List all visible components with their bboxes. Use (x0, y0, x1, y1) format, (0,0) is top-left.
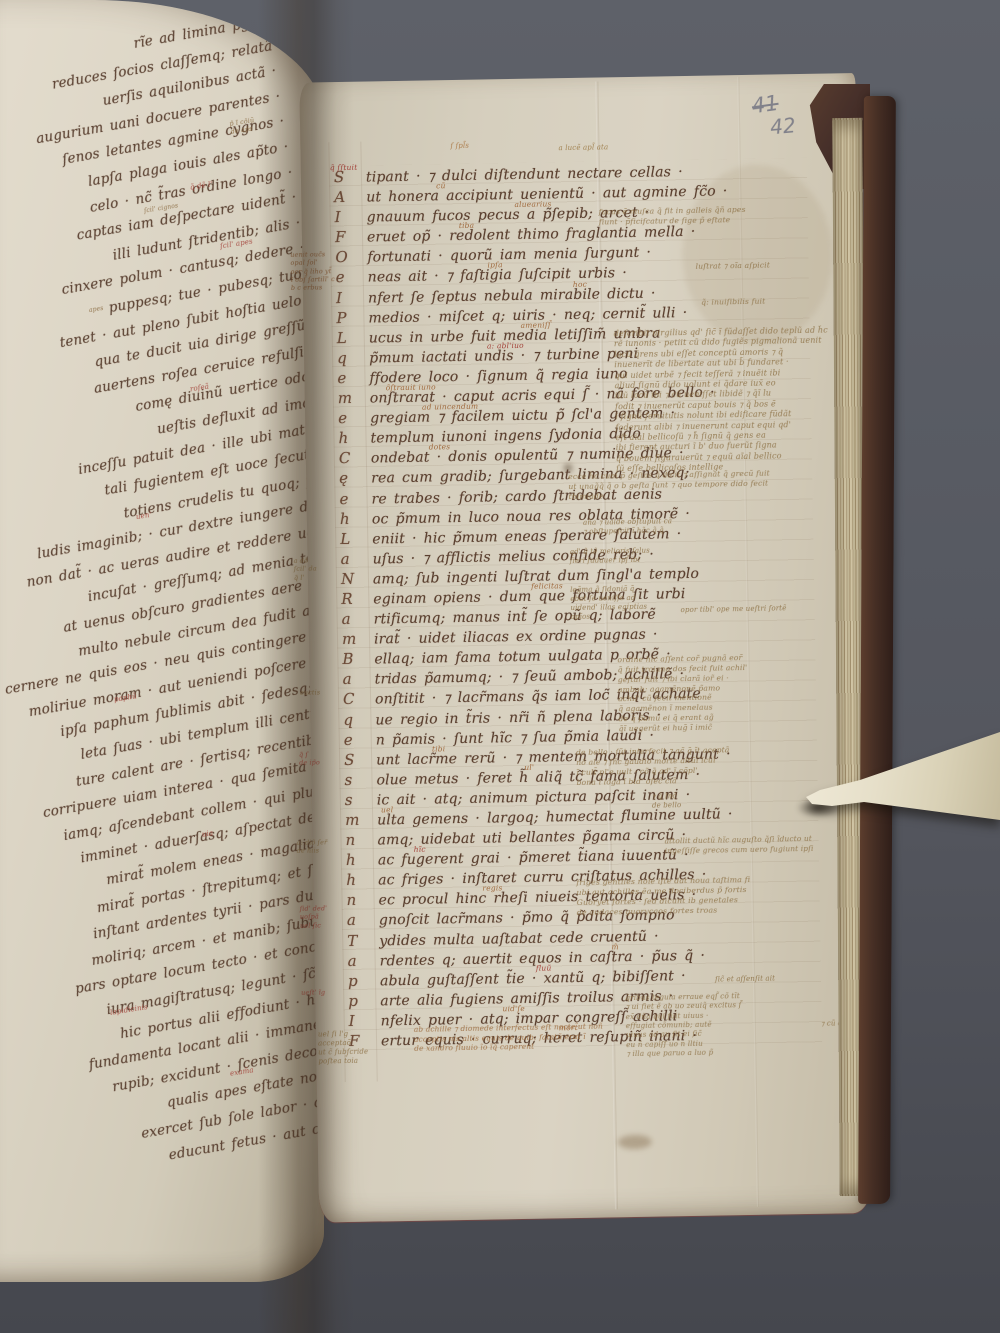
ink-stain (618, 1135, 652, 1150)
folio-number: 42 (769, 113, 796, 139)
verse-initial: n (346, 891, 371, 909)
margin-gloss: q̃: inuiſibilis fuit (701, 297, 765, 308)
verse-initial: s (345, 790, 370, 808)
margin-gloss: ab achille ⁊ diomede interfectus eſt noc… (414, 1022, 603, 1054)
verse-initial: q (343, 710, 368, 728)
verse-initial: h (340, 509, 365, 527)
verse-initial: h (338, 429, 363, 447)
verse-initial: L (337, 328, 362, 346)
margin-gloss: ſid' ded' uoſpã uel ſic (300, 904, 328, 929)
verse-initial: I (335, 208, 360, 226)
left-page-verso: rĩe ad limina p̃ge ·reduces ſocios claſſ… (0, 0, 324, 1282)
right-page-recto: 41 42 S tipant · ⁊ dulci diſtendunt nect… (299, 73, 875, 1223)
verse-initial: A (334, 188, 359, 206)
verse-initial: m (338, 389, 363, 407)
interlinear-gloss: uid'ſe (502, 1004, 525, 1013)
margin-gloss: de bello · ſũt interfecit ⁊ ac̃ q̃ ĩt ac… (576, 745, 730, 787)
verse-initial: R (341, 590, 366, 608)
verse-initial: h (346, 871, 371, 889)
verse-initial: e (344, 730, 369, 748)
verse-initial: a (342, 610, 367, 628)
margin-gloss: attollit ductũ hĩc auguſto q̃ſi ĩducto u… (665, 834, 814, 856)
margin-gloss: friges gentiles noĩe iſte dat noua taſti… (576, 875, 751, 919)
verse-initial: I (336, 288, 361, 306)
verse-text: fortunati · quorũ iam menia ſurgunt · (367, 245, 651, 266)
interlinear-gloss: hoc (573, 279, 587, 288)
margin-gloss: uenit ouc̃s opal ſol' ocr q̃ liho yt̃ ĩ … (290, 250, 335, 292)
margin-gloss: deſcribit uirgilius qd' ſic̃ ĩ fũdaſſet … (614, 326, 831, 475)
verse-initial: B (342, 650, 367, 668)
leather-cover-edge (858, 96, 896, 1204)
verse-initial: N (341, 569, 366, 587)
margin-gloss: opor tibl' ope me ueſtri ſortẽ (681, 604, 787, 615)
margin-gloss: qd' q̃ tẽ melioris ſalus fieri ſudauer̃ … (569, 547, 650, 567)
margin-gloss: leg̃ma q̃ ſidoniã q̃ ebat ſe ueniſſe ad … (570, 585, 647, 623)
verse-initial: e (336, 268, 361, 286)
verse-initial: a (347, 911, 372, 929)
verse-initial: m (342, 630, 367, 648)
margin-gloss: a lucẽ apl̃ ata (558, 143, 608, 153)
interlinear-gloss: ad uincendum (422, 402, 478, 412)
verse-initial: e (338, 409, 363, 427)
manuscript-photo: rĩe ad limina p̃ge ·reduces ſocios claſſ… (0, 0, 1000, 1333)
verse-initial: F (335, 228, 360, 246)
verse-initial: S (344, 750, 369, 768)
verse-initial: T (347, 931, 372, 949)
verse-initial: p (348, 991, 373, 1009)
margin-gloss: aña ⁊ ualde obſtupuit cã ⁊ obſtupeſcit ĩ… (583, 517, 672, 537)
margin-gloss: q̃ ſ de ip̃o (299, 750, 320, 767)
interlinear-gloss: cũ (436, 181, 446, 190)
verse-text: n p̃amis · ſunt hĩc ⁊ ſua p̃mia laudi · (376, 727, 655, 748)
verse-initial: P (336, 308, 361, 326)
margin-gloss: ordine hic aſſent cor̃ pugnã eor̃ q̃ fui… (617, 653, 748, 734)
interlinear-gloss: dotes (429, 442, 451, 451)
bone-pointer (800, 722, 1000, 822)
interlinear-gloss: ul' (524, 763, 534, 772)
verse-initial: p (348, 971, 373, 989)
verse-initial: e (339, 489, 364, 507)
interlinear-gloss: uel (381, 805, 393, 814)
margin-gloss: ſ ſpl̃s (450, 142, 469, 151)
left-page-text-column: rĩe ad limina p̃ge ·reduces ſocios claſſ… (0, 4, 324, 1192)
margin-gloss: uel ſi l'g acceptaõ ut c̃ ſubſcride poſt… (318, 1030, 369, 1067)
verse-initial: C (339, 449, 364, 467)
verse-initial: O (335, 248, 360, 266)
margin-gloss: uia (201, 829, 214, 840)
bone-pointer-blade (800, 722, 1000, 822)
verse-initial: I (349, 1011, 374, 1029)
verse-initial: ę (339, 469, 364, 487)
interlinear-gloss: fluũ (536, 963, 552, 972)
interlinear-gloss: õſtrauit iuno (386, 382, 436, 392)
interlinear-gloss: tibi (432, 744, 446, 753)
margin-gloss: ueſt' ĩg (301, 988, 325, 997)
verse-text: irat̃ · uidet iliacas ex ordine pugnas · (374, 627, 658, 648)
verse-initial: m (345, 811, 370, 829)
interlinear-gloss: felicitas (531, 581, 563, 591)
interlinear-gloss: m̃ (611, 942, 618, 951)
margin-gloss: q̃ribus tegula erraue eqſ̃ cõ tĩt ⁊ ui f… (625, 991, 742, 1059)
margin-gloss: ⁊ q̃ Inc̃ de bello (652, 792, 682, 811)
margin-gloss: euctis (300, 688, 320, 697)
verse-initial: a (347, 951, 372, 969)
verse-initial: q (337, 348, 362, 366)
interlinear-gloss: q̃ ſſtuit (330, 163, 358, 172)
verse-initial: C (343, 690, 368, 708)
verse-initial: e (337, 369, 362, 387)
verse-initial: L (340, 529, 365, 547)
interlinear-gloss: aluearius (514, 200, 551, 210)
verse-initial: a (340, 549, 365, 567)
margin-gloss: luſtrat ⁊ oĩa aſpicit (695, 261, 770, 272)
margin-gloss: fucus ẽ muſca q̃ fit in galleis q̃ñ apes… (599, 205, 746, 227)
margin-gloss: ſic̃ et aſſenſit ait (715, 975, 775, 985)
interlinear-gloss: ameniſſ̃ (520, 320, 550, 330)
right-page-annotations: ſ ſpl̃sa lucẽ apl̃ atafucus ẽ muſca q̃ f… (299, 73, 855, 83)
interlinear-gloss: regis (482, 884, 502, 893)
verse-initial: n (345, 831, 370, 849)
verse-text: templum iunoni ingens ſydonia dido (370, 426, 641, 447)
margin-gloss: ecce h̃c cum p̃ geſtos q̃ dicit ⁊ aſſign… (568, 469, 770, 502)
verse-initial: h (346, 851, 371, 869)
interlinear-gloss: ipſa (487, 261, 502, 270)
interlinear-gloss: a: abl'iuo (487, 341, 524, 351)
interlinear-gloss: tiba (459, 221, 475, 230)
verse-initial: s (344, 770, 369, 788)
margin-gloss: a dõ ſcil' da q̃ l' (294, 556, 317, 581)
margin-gloss: a: diõ ſer̃ de hiis (297, 838, 328, 855)
verse-initial: a (343, 670, 368, 688)
interlinear-gloss: hĩc (414, 845, 426, 854)
